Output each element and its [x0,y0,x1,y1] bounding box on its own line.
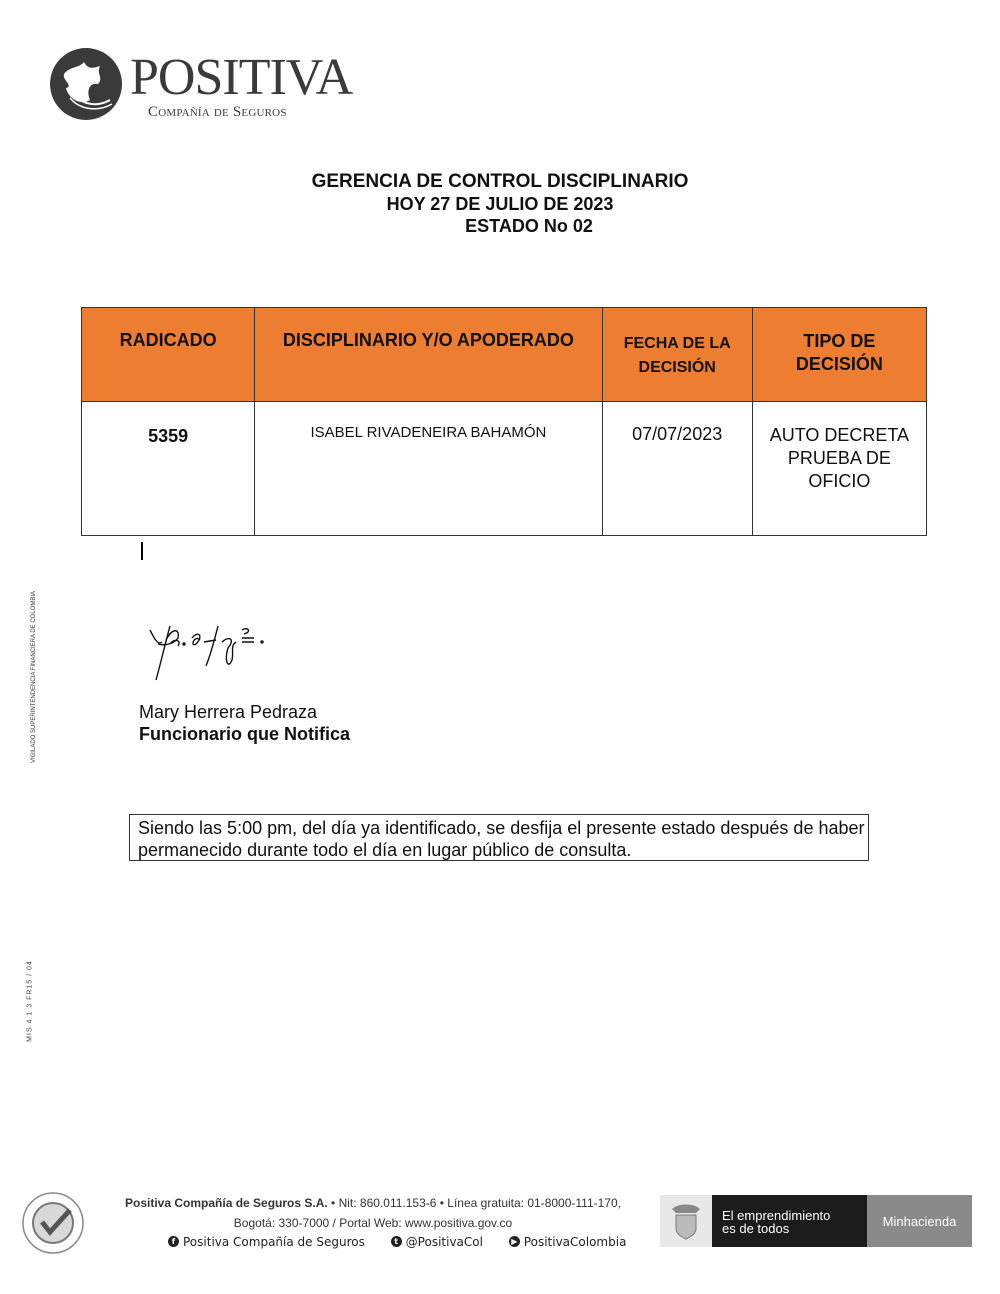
cell-tipo: AUTO DECRETA PRUEBA DE OFICIO [752,402,926,536]
gov-slogan-line-2: es de todos [722,1222,867,1235]
social-facebook-label: Positiva Compañía de Seguros [183,1235,365,1249]
signer-block: Mary Herrera Pedraza Funcionario que Not… [139,701,350,745]
social-facebook[interactable]: fPositiva Compañía de Seguros [168,1235,365,1249]
header-fecha: FECHA DE LA DECISIÓN [602,308,752,402]
header-tipo-label: TIPO DE DECISIÓN [784,330,894,376]
social-youtube-label: PositivaColombia [524,1235,627,1249]
logo-emblem-icon [50,48,122,120]
logo-wordmark: POSITIVA [130,52,352,104]
vigilado-stamp: VIGILADO SUPERINTENDENCIA FINANCIERA DE … [24,592,44,762]
cell-tipo-text: AUTO DECRETA PRUEBA DE OFICIO [759,424,919,493]
vigilado-text: VIGILADO SUPERINTENDENCIA FINANCIERA DE … [31,591,37,763]
social-twitter-label: @PositivaCol [406,1235,483,1249]
header-disciplinario: DISCIPLINARIO Y/O APODERADO [255,308,602,402]
table-header-row: RADICADO DISCIPLINARIO Y/O APODERADO FEC… [82,308,927,402]
footer-details: • Nit: 860.011.153-6 • Línea gratuita: 0… [328,1196,621,1210]
positiva-logo: POSITIVA Compañía de Seguros [50,46,340,126]
cell-fecha: 07/07/2023 [602,402,752,536]
desfijacion-notice: Siendo las 5:00 pm, del día ya identific… [129,814,869,861]
logo-subtitle: Compañía de Seguros [148,104,287,121]
document-heading: GERENCIA DE CONTROL DISCIPLINARIO HOY 27… [0,171,1000,237]
signer-name: Mary Herrera Pedraza [139,701,350,723]
form-code-text: MIS 4 1 3 FR15 / 04 [27,960,34,1042]
gov-slogan: El emprendimiento es de todos [712,1195,867,1247]
estado-table: RADICADO DISCIPLINARIO Y/O APODERADO FEC… [81,307,927,536]
text-cursor-mark [141,542,143,560]
footer-line-1: Positiva Compañía de Seguros S.A. • Nit:… [108,1193,638,1213]
social-responsibility-seal-icon [20,1190,86,1256]
heading-department: GERENCIA DE CONTROL DISCIPLINARIO [0,171,1000,193]
form-code: MIS 4 1 3 FR15 / 04 [22,960,38,1042]
cell-disciplinario: ISABEL RIVADENEIRA BAHAMÓN [255,402,602,536]
social-twitter[interactable]: t@PositivaCol [391,1235,483,1249]
signature-image [144,620,334,700]
social-links: fPositiva Compañía de Seguros t@Positiva… [168,1233,648,1249]
header-fecha-label: FECHA DE LA DECISIÓN [617,332,737,380]
government-banner: El emprendimiento es de todos Minhaciend… [660,1195,972,1247]
heading-estado: ESTADO No 02 [0,215,1000,237]
cell-radicado: 5359 [82,402,255,536]
header-tipo: TIPO DE DECISIÓN [752,308,926,402]
facebook-icon: f [168,1236,179,1247]
youtube-icon: ▶ [509,1236,520,1247]
table-row: 5359 ISABEL RIVADENEIRA BAHAMÓN 07/07/20… [82,402,927,536]
ministry-label: Minhacienda [867,1195,972,1247]
heading-date: HOY 27 DE JULIO DE 2023 [0,193,1000,215]
footer-contact: Positiva Compañía de Seguros S.A. • Nit:… [108,1193,638,1233]
header-radicado: RADICADO [82,308,255,402]
signer-role: Funcionario que Notifica [139,723,350,745]
footer-company: Positiva Compañía de Seguros S.A. [125,1196,328,1210]
footer-line-2: Bogotá: 330-7000 / Portal Web: www.posit… [108,1213,638,1233]
colombia-coat-of-arms-icon [660,1195,712,1247]
twitter-icon: t [391,1236,402,1247]
social-youtube[interactable]: ▶PositivaColombia [509,1235,627,1249]
